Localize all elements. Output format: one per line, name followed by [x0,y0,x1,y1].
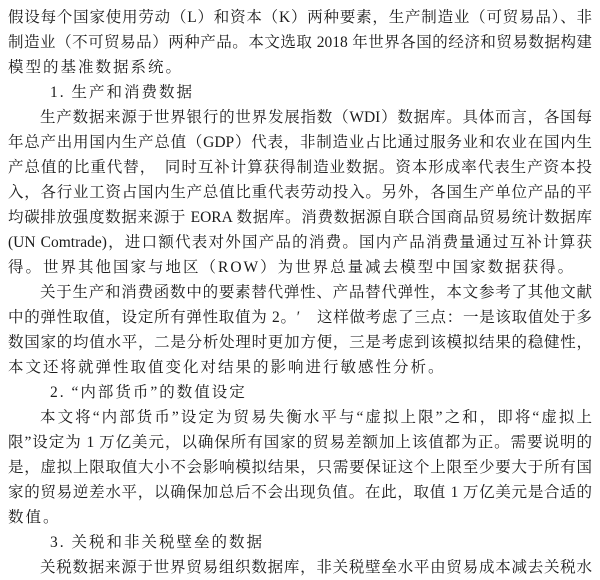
text-line-3: 模型的基准数据系统。 [8,55,592,80]
text-line-20: 家的贸易逆差水平，以确保加总后不会出现负值。在此，取值 1 万亿美元是合适的 [8,480,592,505]
text-line-4: 1. 生产和消费数据 [8,80,592,105]
text-line-7: 产总值的比重代替， 同时互补计算获得制造业数据。资本形成率代表生产资本投 [8,155,592,180]
text-line-21: 数值。 [8,505,592,530]
text-line-10: (UN Comtrade)，进口额代表对外国产品的消费。国内产品消费量通过互补计… [8,230,592,255]
text-line-12: 关于生产和消费函数中的要素替代弹性、产品替代弹性，本文参考了其他文献 [8,280,592,305]
text-line-15: 本文还将就弹性取值变化对结果的影响进行敏感性分析。 [8,355,592,380]
text-line-23: 关税数据来源于世界贸易组织数据库，非关税壁垒水平由贸易成本减去关税水 [8,555,592,580]
text-line-5: 生产数据来源于世界银行的世界发展指数（WDI）数据库。具体而言，各国每 [8,105,592,130]
text-line-11: 得。世界其他国家与地区（ROW）为世界总量减去模型中国家数据获得。 [8,255,592,280]
text-line-9: 均碳排放强度数据来源于 EORA 数据库。消费数据源自联合国商品贸易统计数据库 [8,205,592,230]
text-line-1: 假设每个国家使用劳动（L）和资本（K）两种要素，生产制造业（可贸易品）、非 [8,5,592,30]
text-line-2: 制造业（不可贸易品）两种产品。本文选取 2018 年世界各国的经济和贸易数据构建 [8,30,592,55]
text-line-8: 入，各行业工资占国内生产总值比重代表劳动投入。另外，各国生产单位产品的平 [8,180,592,205]
text-line-14: 数国家的均值水平，二是分析处理时更加方便，三是考虑到该模拟结果的稳健性， [8,330,592,355]
text-line-13: 中的弹性取值，设定所有弹性取值为 2。′ 这样做考虑了三点：一是该取值处于多 [8,305,592,330]
text-line-16: 2. “内部货币”的数值设定 [8,380,592,405]
text-line-6: 年总产出用国内生产总值（GDP）代表，非制造业占比通过服务业和农业在国内生 [8,130,592,155]
text-line-19: 是，虚拟上限取值大小不会影响模拟结果，只需要保证这个上限至少要大于所有国 [8,455,592,480]
text-line-18: 限”设定为 1 万亿美元，以确保所有国家的贸易差额加上该值都为正。需要说明的 [8,430,592,455]
text-line-17: 本文将“内部货币”设定为贸易失衡水平与“虚拟上限”之和，即将“虚拟上 [8,405,592,430]
document-page: 假设每个国家使用劳动（L）和资本（K）两种要素，生产制造业（可贸易品）、非制造业… [0,0,600,580]
text-line-22: 3. 关税和非关税壁垒的数据 [8,530,592,555]
